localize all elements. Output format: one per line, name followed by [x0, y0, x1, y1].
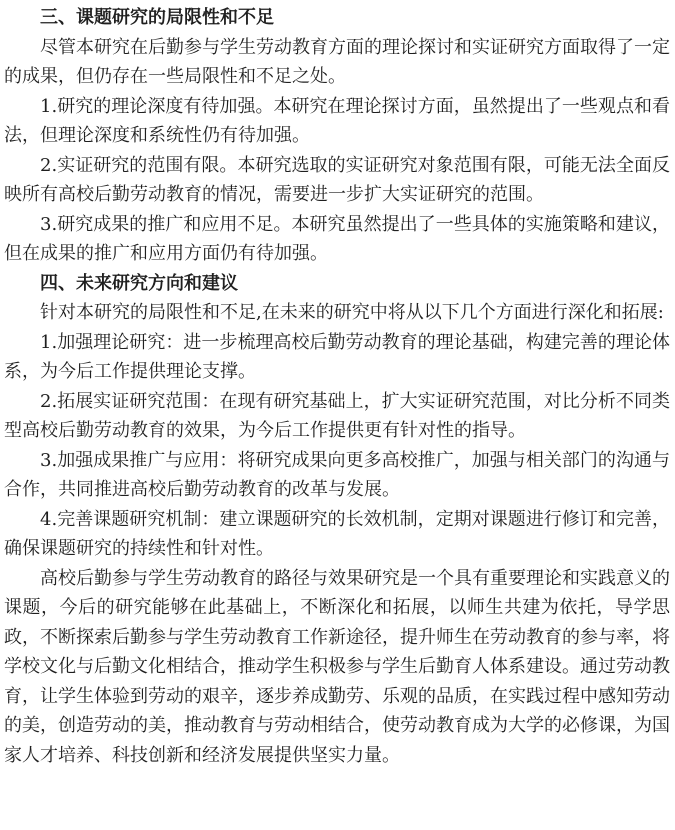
paragraph-limitation-3: 3.研究成果的推广和应用不足。本研究虽然提出了一些具体的实施策略和建议，但在成果…	[4, 210, 670, 269]
section-heading-future-directions: 四、未来研究方向和建议	[4, 269, 670, 299]
paragraph-limitation-2: 2.实证研究的范围有限。本研究选取的实证研究对象范围有限，可能无法全面反映所有高…	[4, 151, 670, 210]
section-heading-limitations: 三、课题研究的局限性和不足	[4, 3, 670, 33]
paragraph-future-intro: 针对本研究的局限性和不足,在未来的研究中将从以下几个方面进行深化和拓展:	[4, 298, 670, 328]
paragraph-future-1: 1.加强理论研究：进一步梳理高校后勤劳动教育的理论基础，构建完善的理论体系，为今…	[4, 328, 670, 387]
paragraph-limitation-1: 1.研究的理论深度有待加强。本研究在理论探讨方面，虽然提出了一些观点和看法，但理…	[4, 92, 670, 151]
paragraph-conclusion: 高校后勤参与学生劳动教育的路径与效果研究是一个具有重要理论和实践意义的课题，今后…	[4, 564, 670, 771]
paragraph-future-2: 2.拓展实证研究范围：在现有研究基础上，扩大实证研究范围，对比分析不同类型高校后…	[4, 387, 670, 446]
paragraph-future-4: 4.完善课题研究机制：建立课题研究的长效机制，定期对课题进行修订和完善，确保课题…	[4, 505, 670, 564]
document-page: 三、课题研究的局限性和不足 尽管本研究在后勤参与学生劳动教育方面的理论探讨和实证…	[0, 0, 675, 830]
paragraph-limitations-intro: 尽管本研究在后勤参与学生劳动教育方面的理论探讨和实证研究方面取得了一定的成果，但…	[4, 33, 670, 92]
paragraph-future-3: 3.加强成果推广与应用：将研究成果向更多高校推广，加强与相关部门的沟通与合作，共…	[4, 446, 670, 505]
